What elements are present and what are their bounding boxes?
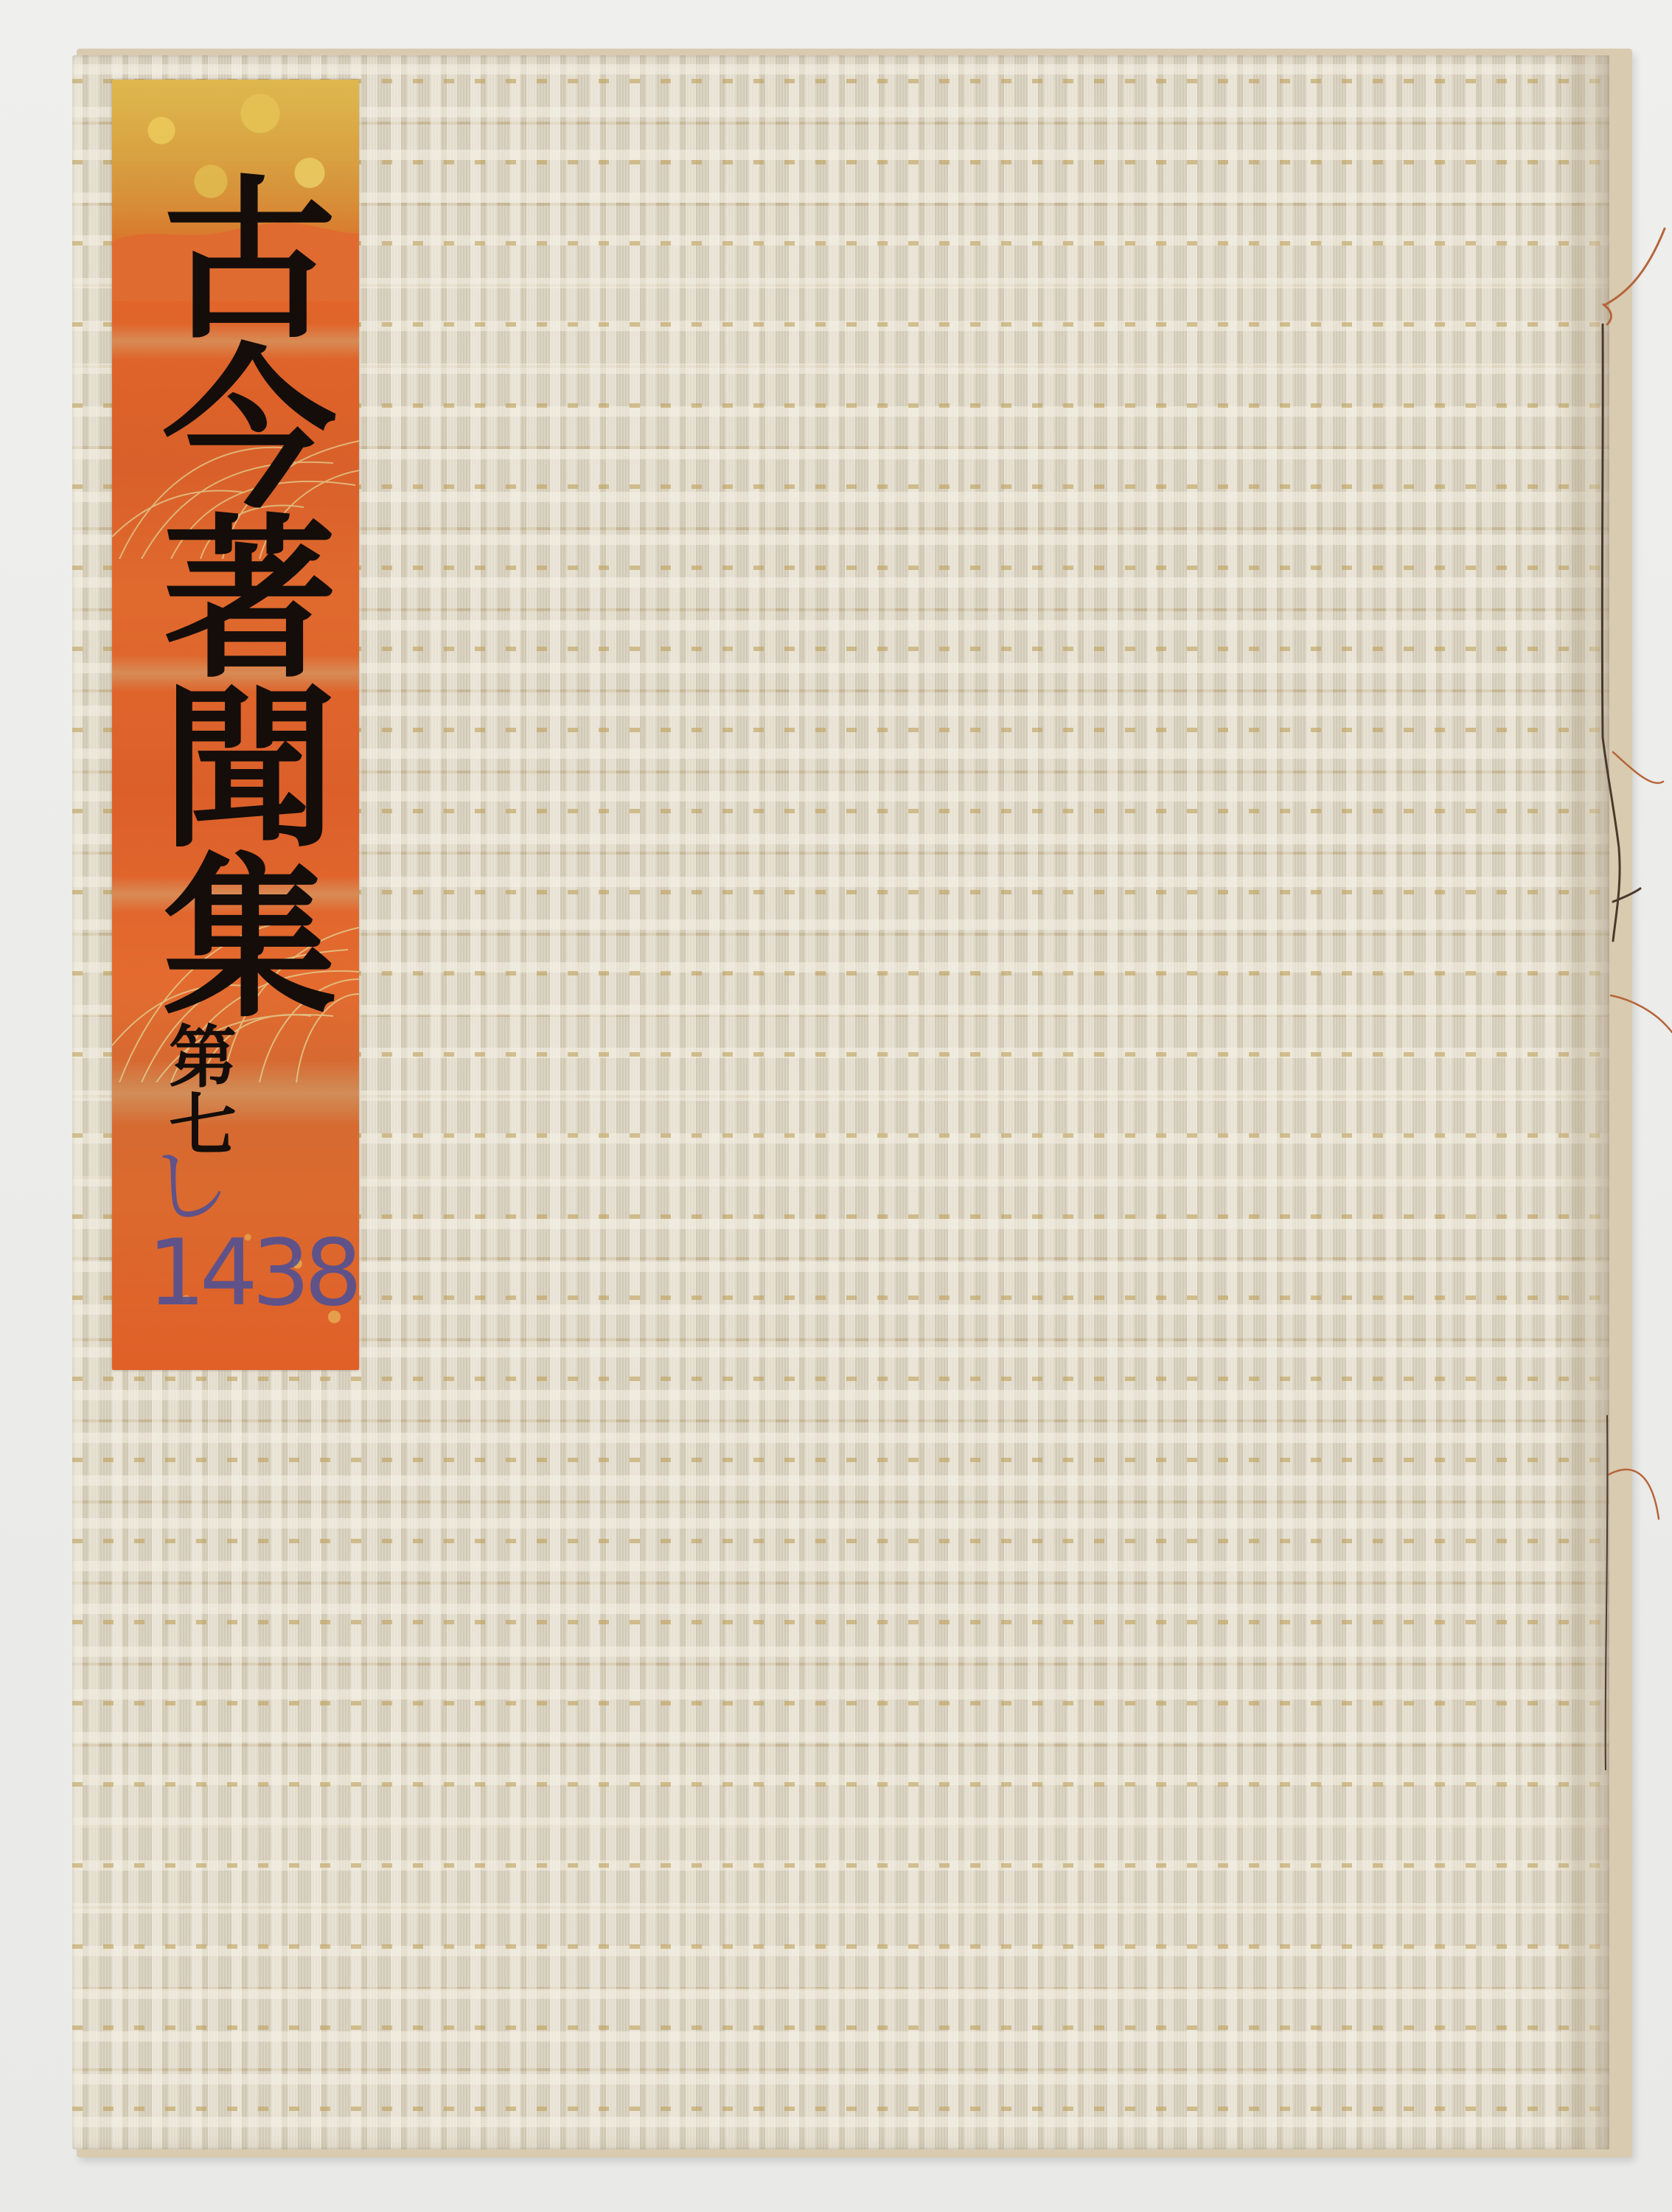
pencil-annotation-number: 1438 (147, 1220, 357, 1326)
spine-fold (1558, 55, 1609, 2149)
book-title: 古今著聞集 (112, 168, 359, 1016)
